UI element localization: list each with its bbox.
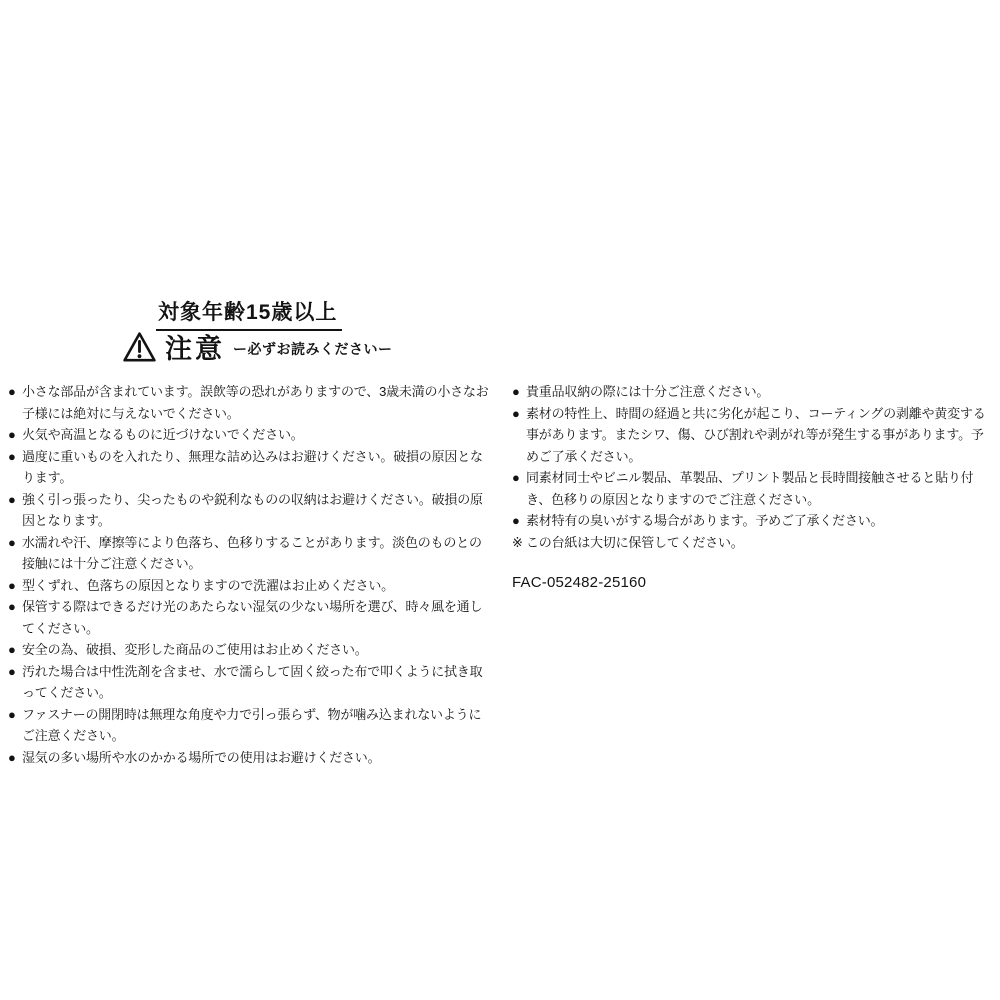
caution-text: 貴重品収納の際には十分ご注意ください。	[526, 381, 992, 403]
caution-text: 安全の為、破損、変形した商品のご使用はお止めください。	[22, 639, 492, 661]
caution-body: ● 小さな部品が含まれています。誤飲等の恐れがありますので、3歳未満の小さなお子…	[8, 381, 992, 768]
caution-text: 水濡れや汗、摩擦等により色落ち、色移りすることがあります。淡色のものとの接触には…	[22, 532, 492, 575]
caution-item: ● 同素材同士やビニル製品、革製品、プリント製品と長時間接触させると貼り付き、色…	[512, 467, 992, 510]
caution-item: ● ファスナーの開閉時は無理な角度や力で引っ張らず、物が噛み込まれないようにご注…	[8, 704, 492, 747]
bullet-marker: ●	[512, 403, 526, 468]
caution-item: ● 強く引っ張ったり、尖ったものや鋭利なものの収納はお避けください。破損の原因と…	[8, 489, 492, 532]
caution-text: 汚れた場合は中性洗剤を含ませ、水で濡らして固く絞った布で叩くように拭き取ってくだ…	[22, 661, 492, 704]
bullet-marker: ●	[8, 489, 22, 532]
caution-text: 湿気の多い場所や水のかかる場所での使用はお避けください。	[22, 747, 492, 769]
caution-item: ● 素材特有の臭いがする場合があります。予めご了承ください。	[512, 510, 992, 532]
bullet-marker: ●	[512, 381, 526, 403]
caution-text: 強く引っ張ったり、尖ったものや鋭利なものの収納はお避けください。破損の原因となり…	[22, 489, 492, 532]
bullet-marker: ●	[8, 704, 22, 747]
caution-text: ファスナーの開閉時は無理な角度や力で引っ張らず、物が噛み込まれないようにご注意く…	[22, 704, 492, 747]
warning-triangle-icon	[122, 331, 157, 363]
caution-text: 小さな部品が含まれています。誤飲等の恐れがありますので、3歳未満の小さなお子様に…	[22, 381, 492, 424]
product-code: FAC-052482-25160	[512, 572, 992, 594]
bullet-marker: ●	[512, 467, 526, 510]
caution-item: ● 安全の為、破損、変形した商品のご使用はお止めください。	[8, 639, 492, 661]
bullet-marker: ●	[8, 596, 22, 639]
bullet-marker: ●	[8, 424, 22, 446]
right-column: ● 貴重品収納の際には十分ご注意ください。 ● 素材の特性上、時間の経過と共に劣…	[512, 381, 992, 768]
caution-item: ● 型くずれ、色落ちの原因となりますので洗濯はお止めください。	[8, 575, 492, 597]
note-marker: ※	[512, 532, 526, 554]
caution-text: 保管する際はできるだけ光のあたらない湿気の少ない場所を選び、時々風を通してくださ…	[22, 596, 492, 639]
note-text: この台紙は大切に保管してください。	[526, 532, 992, 554]
bullet-marker: ●	[8, 446, 22, 489]
caution-sheet: 対象年齢15歳以上 注意 ー必ずお読みくださいー ● 小さな部品が含まれています…	[0, 0, 1000, 1000]
caution-text: 過度に重いものを入れたり、無理な詰め込みはお避けください。破損の原因となります。	[22, 446, 492, 489]
caution-text: 素材特有の臭いがする場合があります。予めご了承ください。	[526, 510, 992, 532]
bullet-marker: ●	[8, 639, 22, 661]
caution-item: ● 水濡れや汗、摩擦等により色落ち、色移りすることがあります。淡色のものとの接触…	[8, 532, 492, 575]
caution-text: 型くずれ、色落ちの原因となりますので洗濯はお止めください。	[22, 575, 492, 597]
caution-title: 注意	[165, 335, 225, 363]
caution-item: ● 小さな部品が含まれています。誤飲等の恐れがありますので、3歳未満の小さなお子…	[8, 381, 492, 424]
caution-item: ● 火気や高温となるものに近づけないでください。	[8, 424, 492, 446]
caution-text: 素材の特性上、時間の経過と共に劣化が起こり、コーティングの剥離や黄変する事があり…	[526, 403, 992, 468]
caution-text: 同素材同士やビニル製品、革製品、プリント製品と長時間接触させると貼り付き、色移り…	[526, 467, 992, 510]
caution-item: ● 湿気の多い場所や水のかかる場所での使用はお避けください。	[8, 747, 492, 769]
bullet-marker: ●	[8, 661, 22, 704]
caution-item: ● 汚れた場合は中性洗剤を含ませ、水で濡らして固く絞った布で叩くように拭き取って…	[8, 661, 492, 704]
bullet-marker: ●	[8, 747, 22, 769]
caution-item: ● 貴重品収納の際には十分ご注意ください。	[512, 381, 992, 403]
caution-text: 火気や高温となるものに近づけないでください。	[22, 424, 492, 446]
age-restriction-title: 対象年齢15歳以上	[156, 296, 342, 331]
caution-heading: 注意 ー必ずお読みくださいー	[122, 331, 393, 363]
keep-card-note: ※ この台紙は大切に保管してください。	[512, 532, 992, 554]
bullet-marker: ●	[512, 510, 526, 532]
caution-item: ● 過度に重いものを入れたり、無理な詰め込みはお避けください。破損の原因となりま…	[8, 446, 492, 489]
left-column: ● 小さな部品が含まれています。誤飲等の恐れがありますので、3歳未満の小さなお子…	[8, 381, 492, 768]
bullet-marker: ●	[8, 532, 22, 575]
bullet-marker: ●	[8, 381, 22, 424]
caution-item: ● 保管する際はできるだけ光のあたらない湿気の少ない場所を選び、時々風を通してく…	[8, 596, 492, 639]
caution-subtitle: ー必ずお読みくださいー	[233, 339, 393, 363]
bullet-marker: ●	[8, 575, 22, 597]
caution-item: ● 素材の特性上、時間の経過と共に劣化が起こり、コーティングの剥離や黄変する事が…	[512, 403, 992, 468]
